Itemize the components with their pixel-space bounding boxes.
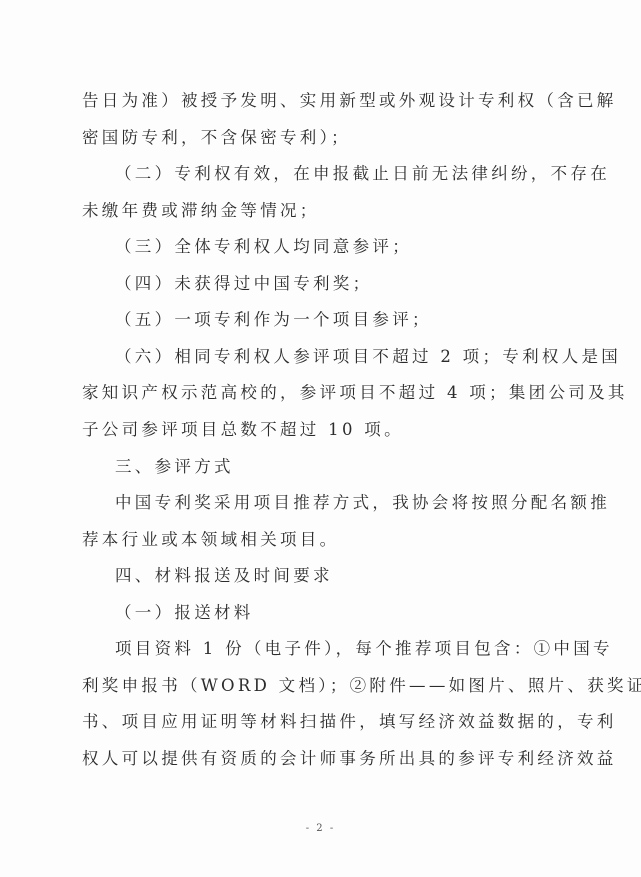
clause-2-line-2: 未缴年费或滞纳金等情况；	[82, 200, 557, 222]
clause-5: （五）一项专利作为一个项目参评；	[115, 309, 557, 331]
document-page: 告日为准）被授予发明、实用新型或外观设计专利权（含已解 密国防专利，不含保密专利…	[0, 0, 641, 877]
materials-line-2: 利奖申报书（WORD 文档）；②附件——如图片、照片、获奖证	[82, 675, 557, 697]
clause-3: （三）全体专利权人均同意参评；	[115, 236, 557, 258]
clause-6-line-1: （六）相同专利权人参评项目不超过 2 项；专利权人是国	[115, 346, 557, 368]
clause-4: （四）未获得过中国专利奖；	[115, 273, 557, 295]
clause-2-line-1: （二）专利权有效，在申报截止日前无法律纠纷，不存在	[115, 163, 557, 185]
section-3-body-line-1: 中国专利奖采用项目推荐方式，我协会将按照分配名额推	[115, 492, 557, 514]
materials-line-3: 书、项目应用证明等材料扫描件，填写经济效益数据的，专利	[82, 711, 557, 733]
section-3-body-line-2: 荐本行业或本领域相关项目。	[82, 529, 557, 551]
text-line-1: 告日为准）被授予发明、实用新型或外观设计专利权（含已解	[82, 90, 557, 112]
text-line-2: 密国防专利，不含保密专利）；	[82, 127, 557, 149]
clause-6-line-2: 家知识产权示范高校的，参评项目不超过 4 项；集团公司及其	[82, 382, 557, 404]
materials-line-4: 权人可以提供有资质的会计师事务所出具的参评专利经济效益	[82, 748, 557, 770]
page-number: - 2 -	[0, 823, 641, 834]
section-4-heading: 四、材料报送及时间要求	[115, 565, 557, 587]
subsection-4-1-heading: （一）报送材料	[115, 602, 557, 624]
materials-line-1: 项目资料 1 份（电子件），每个推荐项目包含：①中国专	[115, 638, 557, 660]
section-3-heading: 三、参评方式	[115, 456, 557, 478]
clause-6-line-3: 子公司参评项目总数不超过 10 项。	[82, 419, 557, 441]
